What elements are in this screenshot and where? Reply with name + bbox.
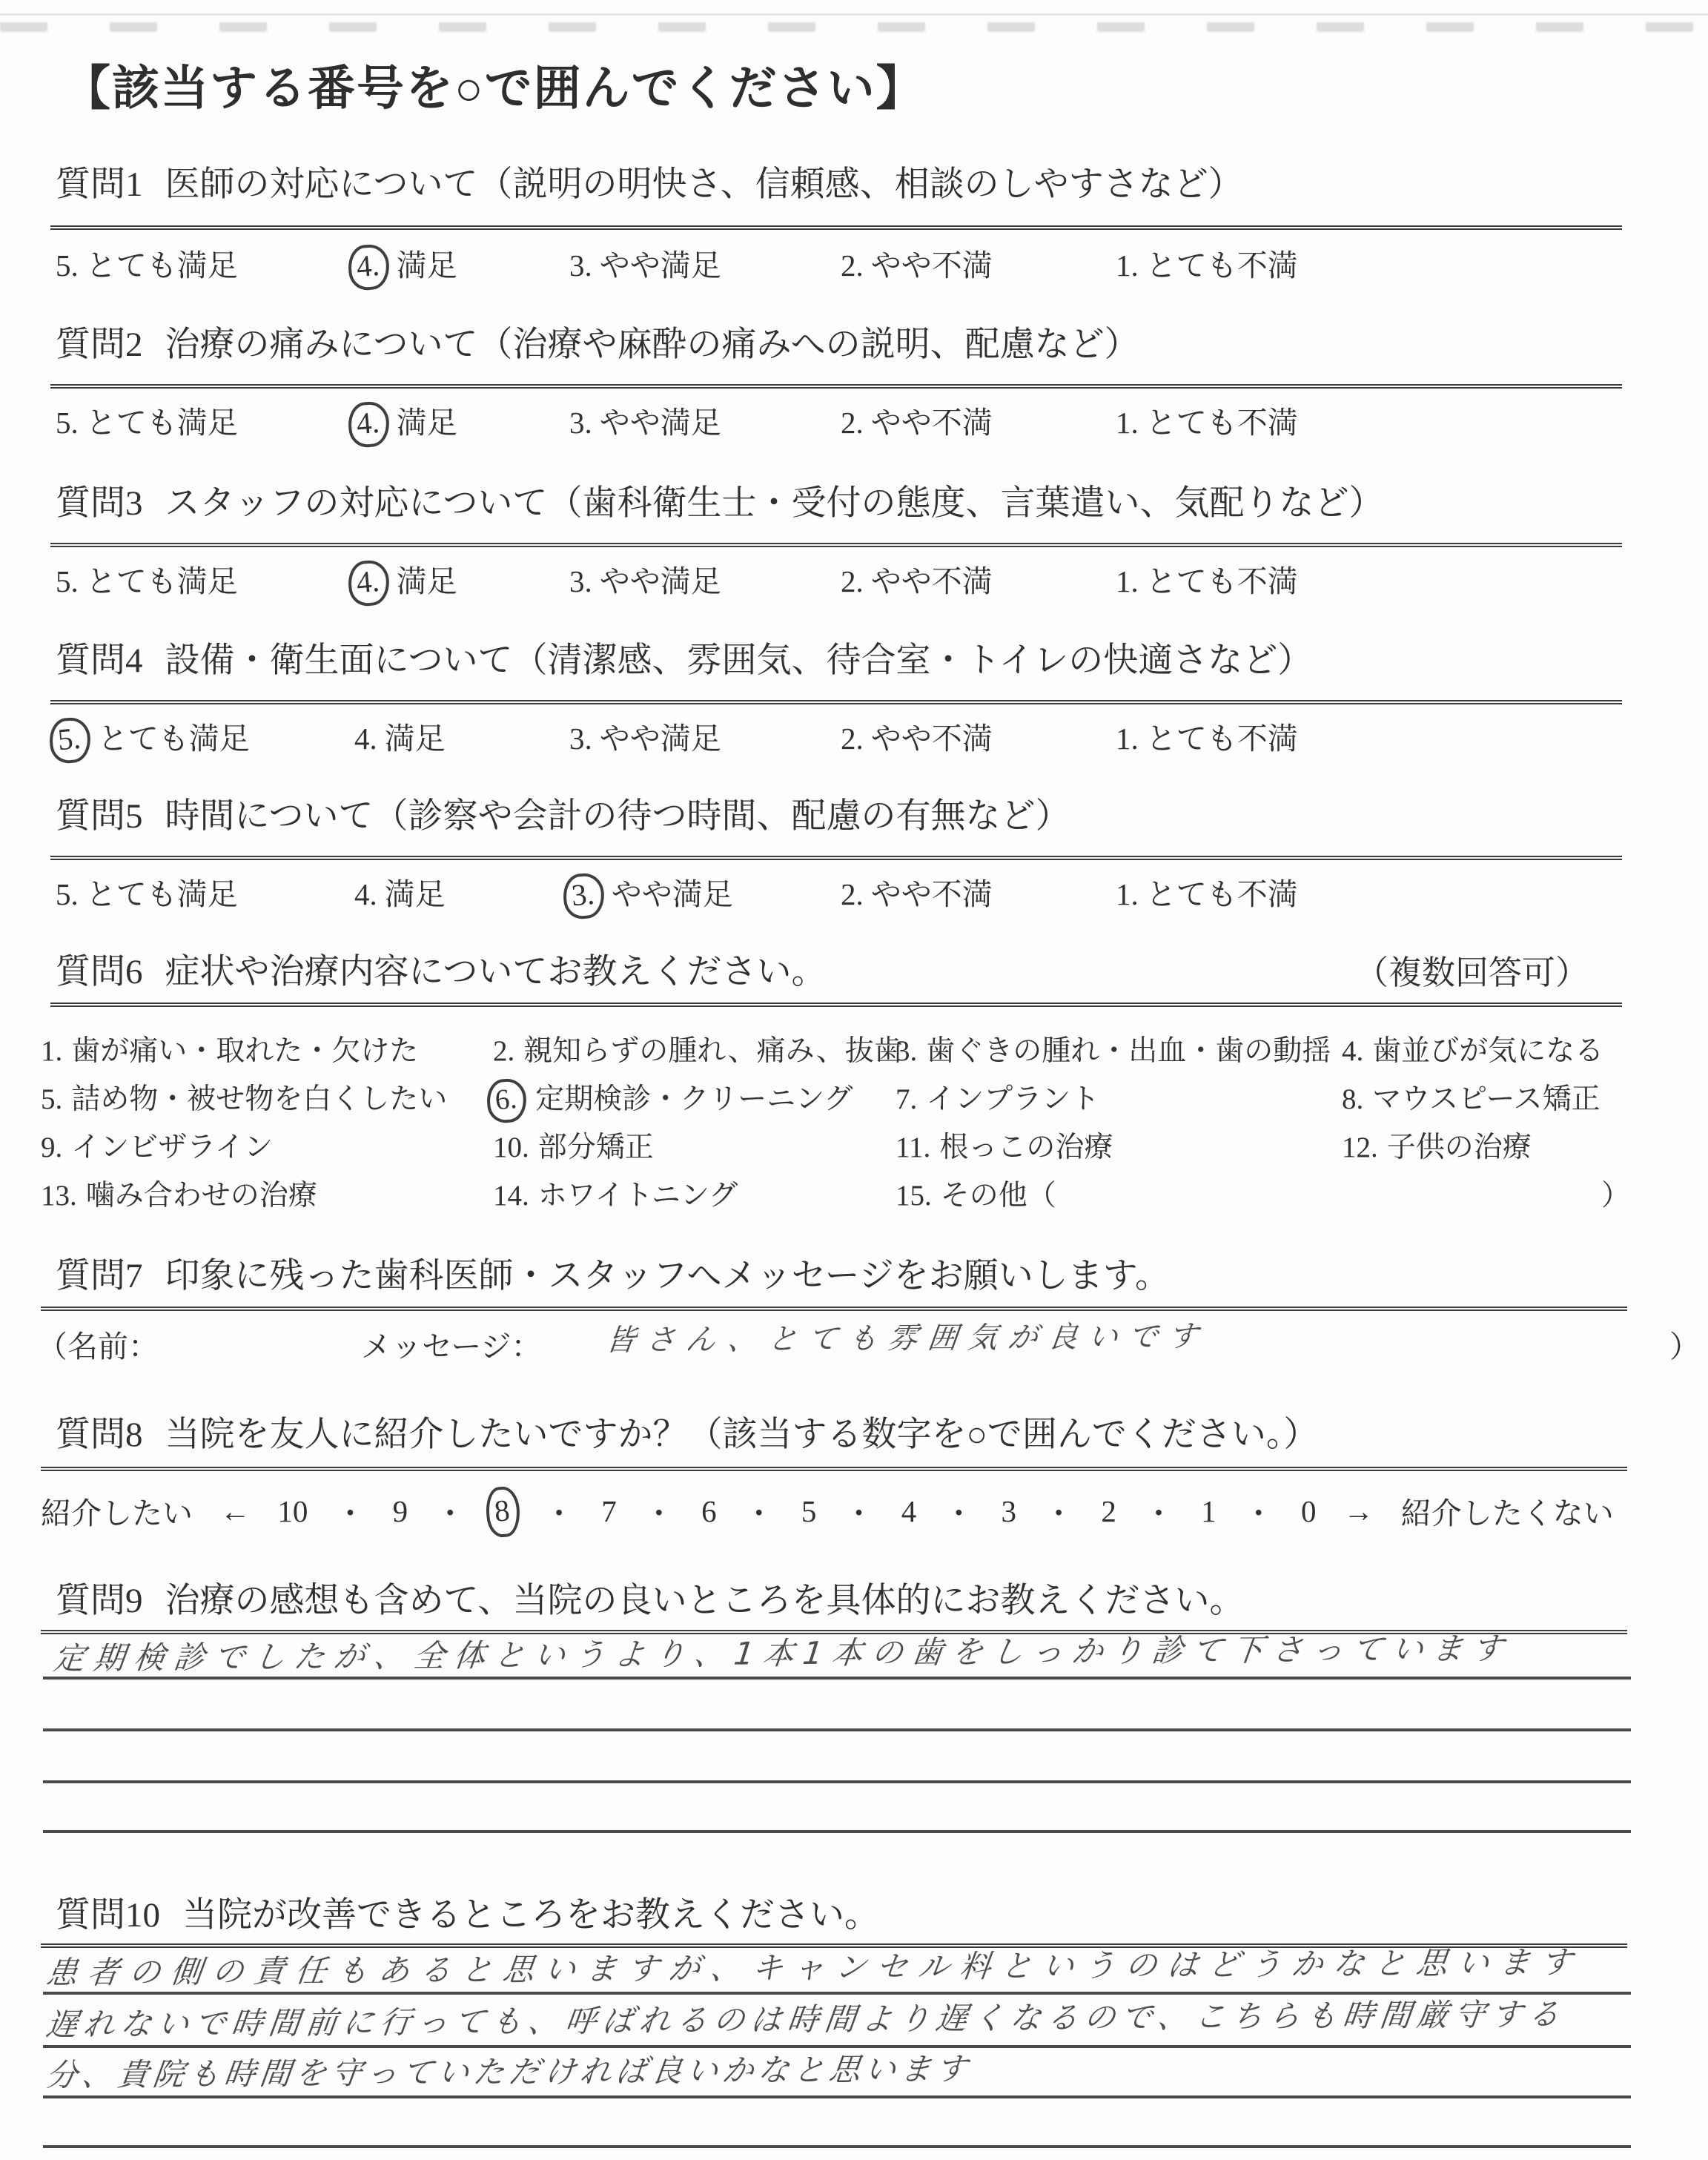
scale-number-9: 9 [393, 1493, 408, 1529]
q1-option-3: 3.やや満足 [569, 251, 721, 281]
handwritten-answer-q10-line2: 遅れないで時間前に行っても、呼ばれるのは時間より遅くなるので、こちらも時間厳守す… [44, 1999, 1567, 2041]
item-number circled-answer: 6. [486, 1077, 529, 1124]
option-label: とても不満 [1146, 877, 1298, 911]
question-1-title: 医師の対応について（説明の明快さ、信頼感、相談のしやすさなど） [165, 165, 1243, 204]
answer-line-rule [43, 1677, 1631, 1680]
question-6-heading: 質問6症状や治療内容についてお教えください。 [56, 955, 827, 990]
q5-option-3: 3.やや満足 [569, 879, 733, 910]
question-6-label: 質問6 [56, 953, 143, 991]
item-label: 部分矯正 [538, 1132, 654, 1163]
scan-edge-artifact [0, 22, 1708, 32]
question-4-label: 質問4 [56, 641, 143, 680]
scale-separator: ・ [643, 1489, 674, 1533]
item-label: 親知らずの腫れ、痛み、抜歯 [523, 1035, 903, 1067]
question-7-label: 質問7 [56, 1257, 143, 1295]
scale-number-3: 3 [1002, 1493, 1017, 1529]
q6-item-15: 15.その他（ [896, 1181, 1056, 1210]
option-label: とても不満 [1146, 564, 1298, 598]
answer-line-rule [43, 2095, 1631, 2098]
option-number: 3. [569, 251, 592, 281]
handwritten-answer-q9: 定期検診でしたが、全体というより、1本1本の歯をしっかり診て下さっています [52, 1633, 1514, 1674]
option-label: とても満足 [86, 564, 238, 598]
q6-item-12: 12.子供の治療 [1342, 1133, 1532, 1162]
q2-option-3: 3.やや満足 [569, 408, 721, 438]
option-number circled-answer: 3. [561, 872, 606, 921]
option-number circled-answer: 4. [346, 400, 391, 449]
option-number circled-answer: 4. [346, 243, 391, 292]
option-number: 5. [56, 408, 79, 438]
item-label: 噛み合わせの治療 [86, 1180, 317, 1212]
item-label: その他（ [941, 1180, 1056, 1212]
scale-number-7: 7 [601, 1493, 617, 1529]
item-label: 子供の治療 [1387, 1132, 1532, 1163]
option-label: とても満足 [86, 248, 238, 283]
question-2-label: 質問2 [56, 326, 143, 364]
option-number: 5. [56, 879, 79, 910]
scale-number-0: 0 [1301, 1493, 1317, 1529]
scale-separator: ・ [1243, 1489, 1274, 1533]
option-label: やや不満 [871, 721, 993, 756]
item-number: 2. [493, 1037, 514, 1066]
question-1-label: 質問1 [56, 165, 143, 204]
option-label: 満足 [385, 877, 446, 911]
heading-rule [41, 1307, 1627, 1311]
question-10-title: 当院が改善できるところをお教えください。 [182, 1896, 879, 1935]
item-label: 歯並びが気になる [1372, 1035, 1603, 1067]
option-label: やや満足 [600, 406, 721, 440]
option-number: 1. [1116, 408, 1139, 438]
scale-number-1: 1 [1201, 1493, 1217, 1529]
q3-option-1: 1.とても不満 [1116, 567, 1298, 597]
heading-rule [50, 700, 1622, 704]
option-number: 2. [841, 724, 864, 754]
q3-option-4: 4.満足 [354, 567, 457, 597]
question-10-heading: 質問10当院が改善できるところをお教えください。 [56, 1898, 879, 1933]
option-label: やや満足 [600, 248, 721, 283]
question-8-title: 当院を友人に紹介したいですか？（該当する数字を○で囲んでください。） [165, 1416, 1319, 1454]
q1-option-5: 5.とても満足 [56, 251, 238, 281]
question-8-label: 質問8 [56, 1416, 143, 1454]
q6-item-1: 1.歯が痛い・取れた・欠けた [41, 1037, 418, 1066]
q3-option-3: 3.やや満足 [569, 567, 721, 597]
q4-option-4: 4.満足 [354, 724, 446, 754]
q6-item-2: 2.親知らずの腫れ、痛み、抜歯 [493, 1037, 903, 1066]
item-label: インビザライン [71, 1132, 273, 1163]
q6-item-4: 4.歯並びが気になる [1342, 1037, 1603, 1066]
question-5-heading: 質問5時間について（診察や会計の待つ時間、配慮の有無など） [56, 799, 1070, 834]
question-4-title: 設備・衛生面について（清潔感、雰囲気、待合室・トイレの快適さなど） [165, 641, 1313, 680]
q6-item-8: 8.マウスピース矯正 [1342, 1085, 1601, 1114]
option-number: 2. [841, 879, 864, 910]
question-1-heading: 質問1医師の対応について（説明の明快さ、信頼感、相談のしやすさなど） [56, 168, 1243, 202]
option-number: 1. [1116, 251, 1139, 281]
option-label: 満足 [397, 406, 457, 440]
option-number: 1. [1116, 724, 1139, 754]
question-6-title: 症状や治療内容についてお教えください。 [165, 953, 827, 991]
q2-option-5: 5.とても満足 [56, 408, 238, 438]
question-5-label: 質問5 [56, 797, 143, 836]
item-number: 3. [896, 1037, 917, 1066]
option-label: やや不満 [871, 564, 993, 598]
option-number: 3. [569, 724, 592, 754]
scale-separator: ・ [744, 1489, 774, 1533]
item-number: 13. [41, 1181, 77, 1210]
q3-option-2: 2.やや不満 [841, 567, 993, 597]
option-label: とても満足 [86, 877, 238, 911]
item-number: 5. [41, 1085, 62, 1114]
question-9-title: 治療の感想も含めて、当院の良いところを具体的にお教えください。 [165, 1582, 1245, 1620]
q2-option-1: 1.とても不満 [1116, 408, 1298, 438]
q5-option-2: 2.やや不満 [841, 879, 993, 910]
answer-line-rule [43, 1830, 1631, 1833]
item-label: 歯が痛い・取れた・欠けた [71, 1035, 418, 1067]
option-number: 2. [841, 408, 864, 438]
q6-item-13: 13.噛み合わせの治療 [41, 1181, 317, 1210]
handwritten-message: 皆さん、とても雰囲気が良いです [604, 1321, 1210, 1355]
option-number: 4. [354, 879, 377, 910]
question-2-heading: 質問2治療の痛みについて（治療や麻酔の痛みへの説明、配慮など） [56, 328, 1139, 363]
item-number: 11. [896, 1133, 930, 1162]
q4-option-3: 3.やや満足 [569, 724, 721, 754]
q6-other-close-paren: ） [1601, 1181, 1630, 1210]
answer-line-rule [43, 1992, 1631, 1995]
option-label: とても不満 [1146, 406, 1298, 440]
heading-rule [50, 856, 1622, 860]
option-number: 3. [569, 567, 592, 597]
item-number: 1. [41, 1037, 62, 1066]
option-label: やや満足 [612, 877, 733, 911]
item-label: 詰め物・被せ物を白くしたい [71, 1083, 447, 1115]
q6-item-10: 10.部分矯正 [493, 1133, 654, 1162]
item-label: マウスピース矯正 [1372, 1083, 1600, 1115]
q6-item-6: 6.定期検診・クリーニング [493, 1085, 853, 1114]
heading-rule [50, 384, 1622, 389]
option-label: やや満足 [600, 564, 721, 598]
nps-scale-row: 紹介したい ← 10 ・ 9 ・ 8 ・ 7 ・ 6 ・ 5 ・ 4 ・ 3 ・… [41, 1489, 1614, 1533]
scale-number-6: 6 [701, 1493, 717, 1529]
handwritten-answer-q10-line1: 患者の側の責任もあると思いますが、キャンセル料というのはどうかなと思います [44, 1946, 1584, 1989]
q6-item-7: 7.インプラント [896, 1085, 1099, 1114]
option-number: 1. [1116, 567, 1139, 597]
q6-item-11: 11.根っこの治療 [896, 1133, 1113, 1162]
item-number: 9. [41, 1133, 62, 1162]
handwritten-answer-q10-line3: 分、貴院も時間を守っていただければ良いかなと思います [44, 2053, 973, 2091]
option-number: 1. [1116, 879, 1139, 910]
option-number circled-answer: 5. [47, 716, 92, 765]
scale-number-8 circled-answer: 8 [485, 1485, 522, 1539]
scale-right-label: 紹介したくない [1401, 1489, 1614, 1533]
q4-option-5: 5.とても満足 [56, 724, 250, 754]
question-4-heading: 質問4設備・衛生面について（清潔感、雰囲気、待合室・トイレの快適さなど） [56, 644, 1312, 678]
item-number: 12. [1342, 1133, 1378, 1162]
scanned-survey-page: 【該当する番号を○で囲んでください】 質問1医師の対応について（説明の明快さ、信… [0, 0, 1708, 2160]
scale-number-4: 4 [901, 1493, 917, 1529]
heading-rule [50, 225, 1622, 230]
question-2-title: 治療の痛みについて（治療や麻酔の痛みへの説明、配慮など） [165, 326, 1139, 364]
option-label: 満足 [397, 564, 457, 598]
multiple-answers-note: （複数回答可） [1355, 957, 1589, 990]
right-arrow-icon: → [1343, 1493, 1374, 1529]
item-label: 根っこの治療 [939, 1132, 1113, 1163]
q1-option-1: 1.とても不満 [1116, 251, 1298, 281]
heading-rule [50, 1003, 1622, 1007]
answer-line-rule [43, 2045, 1631, 2048]
option-label: やや不満 [871, 248, 993, 283]
q6-item-5: 5.詰め物・被せ物を白くしたい [41, 1085, 447, 1114]
q6-item-3: 3.歯ぐきの腫れ・出血・歯の動揺 [896, 1037, 1331, 1066]
q2-option-4: 4.満足 [354, 408, 457, 438]
question-3-label: 質問3 [56, 484, 143, 523]
answer-line-rule [43, 2145, 1631, 2148]
q5-option-5: 5.とても満足 [56, 879, 238, 910]
scale-separator: ・ [844, 1489, 874, 1533]
left-arrow-icon: ← [220, 1493, 251, 1529]
q4-option-2: 2.やや不満 [841, 724, 993, 754]
answer-line-rule [43, 1728, 1631, 1731]
option-label: やや不満 [871, 877, 993, 911]
q5-option-1: 1.とても不満 [1116, 879, 1298, 910]
scale-separator: ・ [335, 1489, 365, 1533]
q5-option-4: 4.満足 [354, 879, 446, 910]
question-9-label: 質問9 [56, 1582, 143, 1620]
scale-separator: ・ [1143, 1489, 1174, 1533]
scale-number-5: 5 [801, 1493, 817, 1529]
option-number: 2. [841, 251, 864, 281]
item-number: 4. [1342, 1037, 1363, 1066]
q6-item-14: 14.ホワイトニング [493, 1181, 738, 1210]
option-label: とても満足 [98, 721, 250, 756]
item-label: ホワイトニング [538, 1180, 738, 1212]
option-label: やや不満 [871, 406, 993, 440]
close-paren: ） [1669, 1332, 1700, 1362]
option-label: 満足 [385, 721, 446, 756]
question-5-title: 時間について（診察や会計の待つ時間、配慮の有無など） [165, 797, 1070, 836]
option-number: 5. [56, 567, 79, 597]
item-number: 7. [896, 1085, 917, 1114]
q1-option-2: 2.やや不満 [841, 251, 993, 281]
option-number: 5. [56, 251, 79, 281]
option-number circled-answer: 4. [346, 559, 391, 608]
option-number: 4. [354, 724, 377, 754]
scale-separator: ・ [1044, 1489, 1074, 1533]
scale-number-2: 2 [1101, 1493, 1116, 1529]
scale-number-10: 10 [277, 1493, 308, 1529]
item-number: 10. [493, 1133, 529, 1162]
name-field-label: （名前： [37, 1332, 159, 1362]
question-7-heading: 質問7印象に残った歯科医師・スタッフへメッセージをお願いします。 [56, 1259, 1170, 1294]
heading-rule [41, 1467, 1627, 1471]
scan-fold-artifact [0, 13, 1708, 16]
question-7-title: 印象に残った歯科医師・スタッフへメッセージをお願いします。 [165, 1257, 1170, 1295]
question-3-title: スタッフの対応について（歯科衛生士・受付の態度、言葉遣い、気配りなど） [165, 484, 1384, 523]
option-number: 3. [569, 408, 592, 438]
option-label: 満足 [397, 248, 457, 283]
item-number: 15. [896, 1181, 932, 1210]
question-8-heading: 質問8当院を友人に紹介したいですか？（該当する数字を○で囲んでください。） [56, 1418, 1318, 1453]
option-label: とても不満 [1146, 721, 1298, 756]
scale-separator: ・ [435, 1489, 466, 1533]
answer-line-rule [43, 1780, 1631, 1783]
question-9-heading: 質問9治療の感想も含めて、当院の良いところを具体的にお教えください。 [56, 1584, 1245, 1619]
scale-left-label: 紹介したい [41, 1489, 193, 1533]
message-field-label: メッセージ： [361, 1332, 542, 1362]
option-number: 2. [841, 567, 864, 597]
option-label: とても不満 [1146, 248, 1298, 283]
q4-option-1: 1.とても不満 [1116, 724, 1298, 754]
scale-separator: ・ [944, 1489, 974, 1533]
question-10-label: 質問10 [56, 1896, 160, 1935]
heading-rule [50, 543, 1622, 547]
page-title: 【該当する番号を○で囲んでください】 [63, 65, 925, 113]
option-label: とても満足 [86, 406, 238, 440]
scale-separator: ・ [544, 1489, 575, 1533]
item-number: 14. [493, 1181, 529, 1210]
q3-option-5: 5.とても満足 [56, 567, 238, 597]
q2-option-2: 2.やや不満 [841, 408, 993, 438]
item-number: 8. [1342, 1085, 1363, 1114]
question-3-heading: 質問3スタッフの対応について（歯科衛生士・受付の態度、言葉遣い、気配りなど） [56, 486, 1384, 521]
item-label: 歯ぐきの腫れ・出血・歯の動揺 [926, 1035, 1331, 1067]
q1-option-4: 4.満足 [354, 251, 457, 281]
item-label: インプラント [926, 1083, 1099, 1115]
option-label: やや満足 [600, 721, 721, 756]
q6-item-9: 9.インビザライン [41, 1133, 273, 1162]
item-label: 定期検診・クリーニング [535, 1083, 853, 1115]
